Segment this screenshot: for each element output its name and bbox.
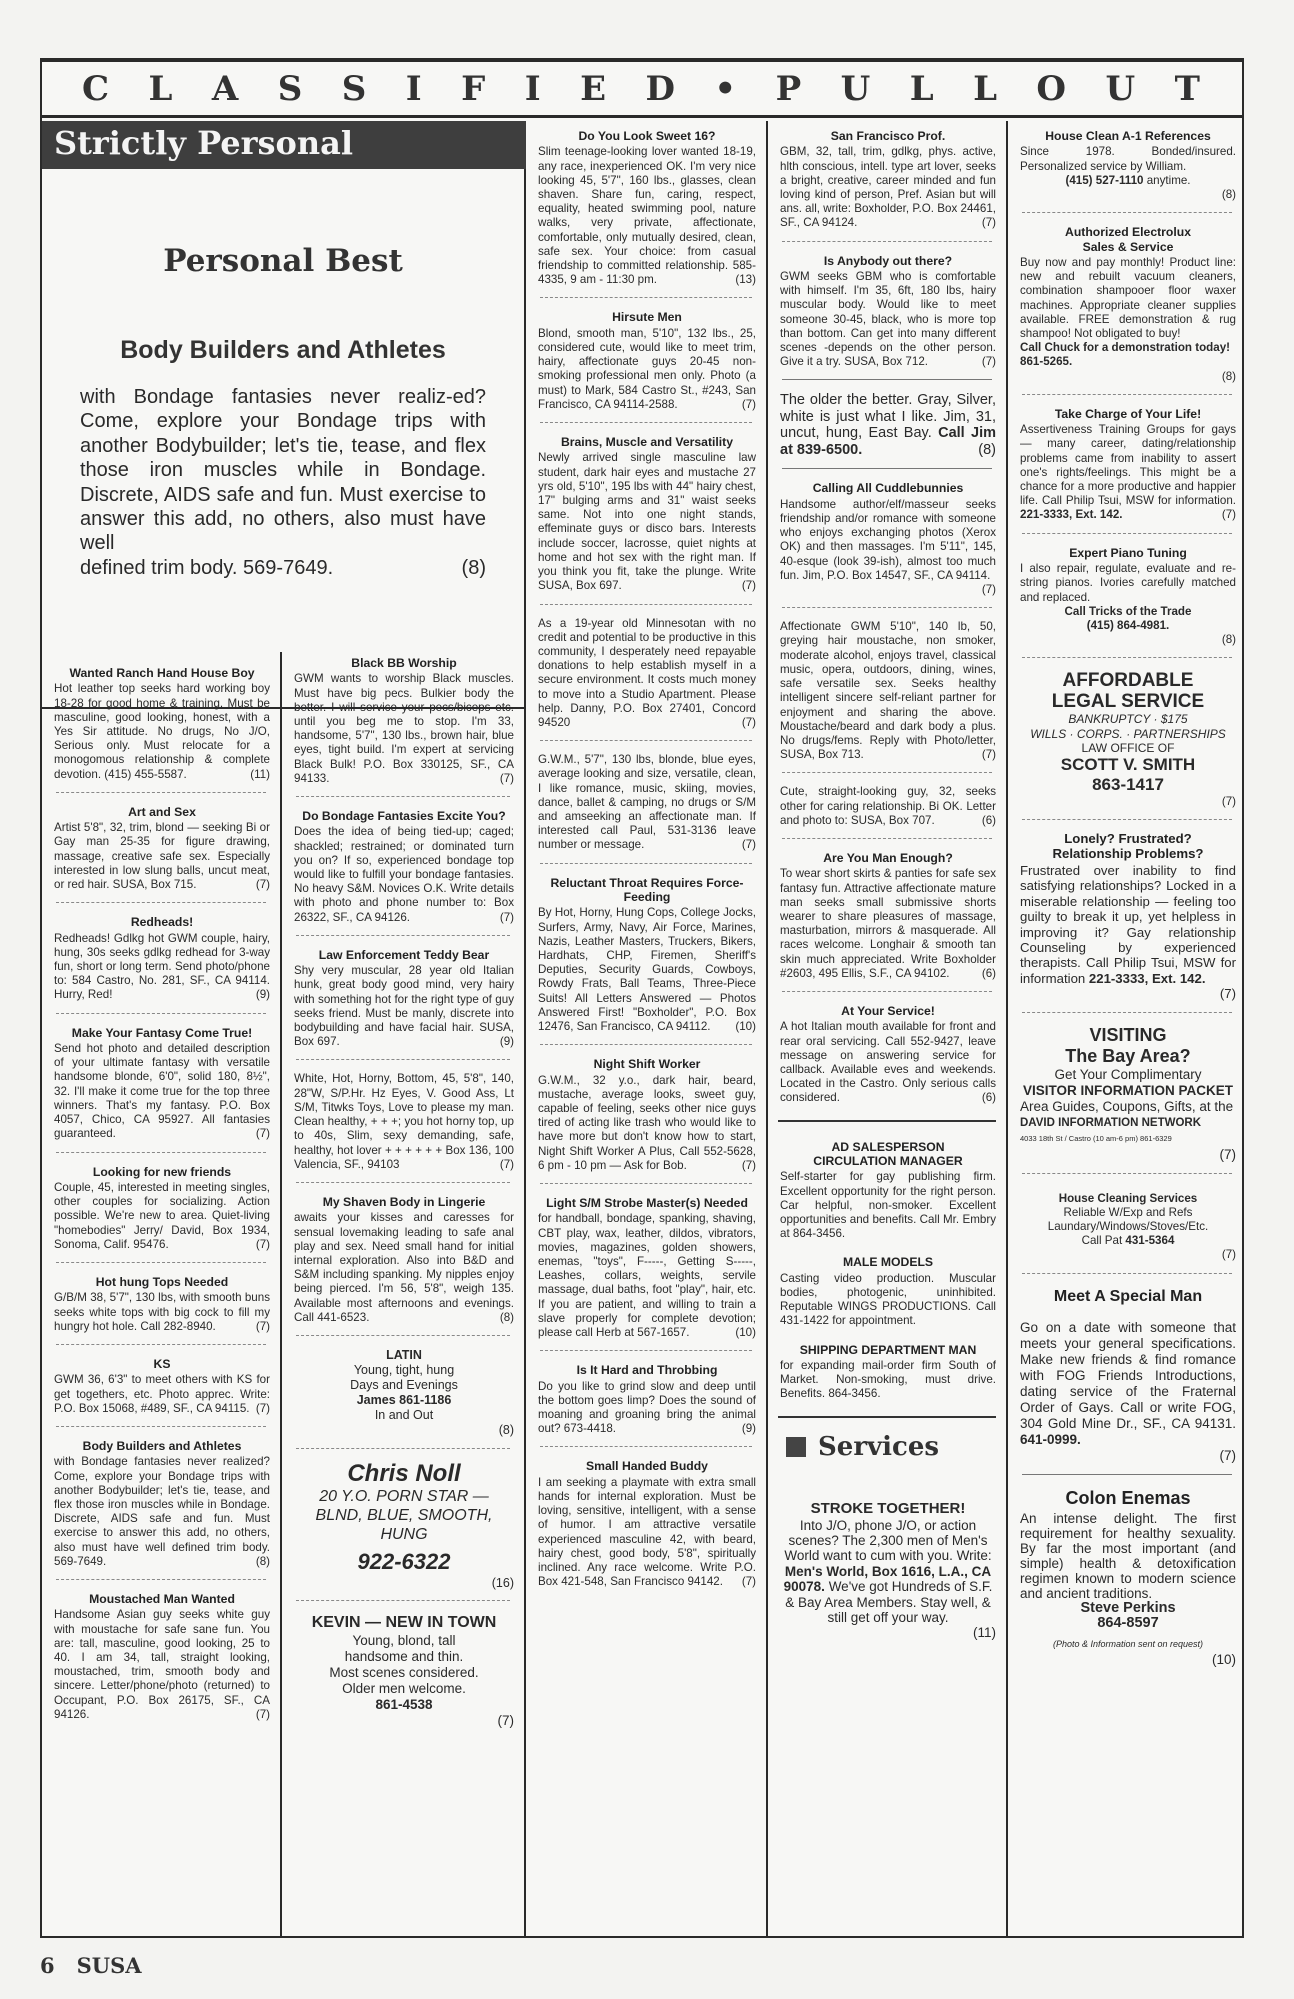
feature-phone: defined trim body. 569-7649. (80, 556, 333, 580)
masthead-letter: U (1106, 69, 1138, 109)
masthead-letter: L (910, 69, 936, 109)
classified-ad: At Your Service!A hot Italian mouth avai… (768, 1004, 1006, 1106)
ad-kevin: KEVIN — NEW IN TOWN Young, blond, tall h… (282, 1613, 524, 1729)
feature-count: (8) (462, 556, 486, 580)
masthead-letter: E (580, 69, 608, 109)
ad-body: Handsome Asian guy seeks white guy with … (54, 1608, 270, 1720)
classified-ad: G.W.M., 5'7", 130 lbs, blonde, blue eyes… (526, 753, 766, 852)
classified-ad: Hot hung Tops NeededG/B/M 38, 5'7", 130 … (42, 1275, 280, 1334)
chris-phone: 922-6322 (294, 1548, 514, 1576)
ad-stroke-together: STROKE TOGETHER! Into J/O, phone J/O, or… (768, 1500, 1006, 1641)
ad-title: Small Handed Buddy (538, 1459, 756, 1473)
ad-line-count: (6) (982, 967, 996, 981)
classified-ad: Calling All CuddlebunniesHandsome author… (768, 481, 1006, 597)
masthead-letter: F (461, 69, 487, 109)
classified-ad: KSGWM 36, 6'3" to meet others with KS fo… (42, 1357, 280, 1416)
classified-ad: My Shaven Body in Lingerieawaits your ki… (282, 1195, 524, 1325)
ad-body: As a 19-year old Minnesotan with no cred… (538, 617, 756, 729)
ad-title: My Shaven Body in Lingerie (294, 1195, 514, 1209)
classified-ad: Reluctant Throat Requires Force-FeedingB… (526, 876, 766, 1035)
ad-title: Are You Man Enough? (780, 851, 996, 865)
ad-electrolux: Authorized Electrolux Sales & Service Bu… (1008, 225, 1246, 384)
ad-title: Do You Look Sweet 16? (538, 129, 756, 143)
classified-ad: Make Your Fantasy Come True!Send hot pho… (42, 1026, 280, 1142)
ad-body: GWM seeks GBM who is comfortable with hi… (780, 270, 996, 368)
ad-body: G.W.M., 5'7", 130 lbs, blonde, blue eyes… (538, 753, 756, 851)
ad-line-count: (7) (982, 355, 996, 369)
ad-body: GBM, 32, tall, trim, gdlkg, phys. active… (780, 145, 996, 229)
ad-title: Is It Hard and Throbbing (538, 1363, 756, 1377)
ad-body: awaits your kisses and caresses for sens… (294, 1211, 514, 1323)
ad-line-count: (7) (500, 772, 514, 786)
ad-line-count: (13) (735, 273, 756, 287)
masthead-letter: S (342, 69, 369, 109)
job-ad: SHIPPING DEPARTMENT MANfor expanding mai… (768, 1343, 1006, 1402)
ad-line-count: (7) (742, 398, 756, 412)
publication-name: SUSA (77, 1953, 142, 1978)
ad-body: Cute, straight-looking guy, 32, seeks ot… (780, 785, 996, 826)
ad-line-count: (7) (982, 216, 996, 230)
ad-title: Looking for new friends (54, 1165, 270, 1179)
ad-line-count: (7) (256, 878, 270, 892)
classified-ad: Night Shift WorkerG.W.M., 32 y.o., dark … (526, 1057, 766, 1173)
ad-line-count: (7) (742, 579, 756, 593)
section-title: Strictly Personal (42, 121, 526, 169)
masthead-letter: S (278, 69, 305, 109)
ad-title: Make Your Fantasy Come True! (54, 1026, 270, 1040)
ad-line-count: (7) (742, 1575, 756, 1589)
ad-line-count: (7) (256, 1127, 270, 1141)
classified-ad: Light S/M Strobe Master(s) Neededfor han… (526, 1196, 766, 1340)
masthead-letter: D (645, 69, 676, 109)
classified-ad: Affectionate GWM 5'10", 140 lb, 50, grey… (768, 620, 1006, 762)
ad-body: Handsome author/elf/masseur seeks friend… (780, 498, 996, 582)
ad-line-count: (7) (256, 1320, 270, 1334)
ad-line-count: (6) (982, 1091, 996, 1105)
ad-colon-enemas: Colon Enemas An intense delight. The fir… (1008, 1487, 1246, 1667)
ad-body: Redheads! Gdlkg hot GWM couple, hairy, h… (54, 932, 270, 1002)
ad-body: Affectionate GWM 5'10", 140 lb, 50, grey… (780, 620, 996, 761)
ad-body: By Hot, Horny, Hung Cops, College Jocks,… (538, 906, 756, 1033)
column-4: San Francisco Prof.GBM, 32, tall, trim, … (768, 121, 1008, 1936)
ad-line-count: (7) (500, 911, 514, 925)
classified-ad: Looking for new friendsCouple, 45, inter… (42, 1165, 280, 1252)
ad-line-count: (7) (982, 748, 996, 762)
feature-subtitle: Body Builders and Athletes (42, 336, 524, 365)
ad-line-count: (7) (742, 716, 756, 730)
classified-page: CLASSIFIED•PULLOUT Strictly Personal Per… (40, 58, 1244, 1938)
masthead-letter: C (82, 69, 111, 109)
ad-take-charge: Take Charge of Your Life! Assertiveness … (1008, 407, 1246, 523)
masthead-letter: T (1175, 69, 1202, 109)
ad-body: Do you like to grind slow and deep until… (538, 1380, 756, 1436)
ad-body: GWM 36, 6'3" to meet others with KS for … (54, 1373, 270, 1414)
job-ad: AD SALESPERSON CIRCULATION MANAGERSelf-s… (768, 1140, 1006, 1242)
ad-body: To wear short skirts & panties for safe … (780, 867, 996, 979)
classified-ad: Brains, Muscle and VersatilityNewly arri… (526, 435, 766, 593)
square-bullet-icon (786, 1437, 806, 1457)
classified-ad: Are You Man Enough?To wear short skirts … (768, 851, 1006, 981)
ad-title: KS (54, 1357, 270, 1371)
column-2: Black BB WorshipGWM wants to worship Bla… (282, 652, 526, 1936)
masthead-bullet: • (714, 69, 738, 109)
ad-title: Body Builders and Athletes (54, 1439, 270, 1453)
masthead-letter: L (149, 69, 175, 109)
ad-line-count: (7) (982, 583, 996, 597)
ad-line-count: (7) (500, 1158, 514, 1172)
classified-ad: Hirsute MenBlond, smooth man, 5'10", 132… (526, 310, 766, 412)
ad-title: Hot hung Tops Needed (54, 1275, 270, 1289)
ad-line-count: (7) (742, 1159, 756, 1173)
ad-body: G/B/M 38, 5'7", 130 lbs, with smooth bun… (54, 1291, 270, 1332)
classified-ad: Do You Look Sweet 16?Slim teenage-lookin… (526, 129, 766, 287)
ad-line-count: (6) (982, 814, 996, 828)
ad-title: Brains, Muscle and Versatility (538, 435, 756, 449)
ad-line-count: (7) (256, 1402, 270, 1416)
ad-house-cleaning: House Cleaning Services Reliable W/Exp a… (1008, 1192, 1246, 1263)
ad-body: for handball, bondage, spanking, shaving… (538, 1212, 756, 1339)
ad-latin: LATIN Young, tight, hung Days and Evenin… (282, 1348, 524, 1438)
ad-line-count: (7) (742, 838, 756, 852)
ad-title: Night Shift Worker (538, 1057, 756, 1071)
feature-ad: Personal Best Body Builders and Athletes… (42, 169, 526, 709)
column-1: Wanted Ranch Hand House BoyHot leather t… (42, 652, 282, 1936)
masthead-letter: I (406, 69, 424, 109)
ad-visiting-bay-area: VISITING The Bay Area? Get Your Complime… (1008, 1025, 1246, 1163)
feature-title: Personal Best (42, 243, 524, 279)
ad-body: with Bondage fantasies never realized? C… (54, 1455, 270, 1567)
masthead-letter: A (212, 69, 240, 109)
ad-title: Is Anybody out there? (780, 254, 996, 268)
ad-title: Reluctant Throat Requires Force-Feeding (538, 876, 756, 905)
ad-title: Art and Sex (54, 805, 270, 819)
latin-phone: James 861-1186 (294, 1393, 514, 1408)
ad-title: Do Bondage Fantasies Excite You? (294, 809, 514, 823)
classified-ad: Do Bondage Fantasies Excite You?Does the… (282, 809, 524, 925)
ad-title: Wanted Ranch Hand House Boy (54, 666, 270, 680)
ad-piano-tuning: Expert Piano Tuning I also repair, regul… (1008, 546, 1246, 648)
ad-title: Light S/M Strobe Master(s) Needed (538, 1196, 756, 1210)
feature-body: with Bondage fantasies never realiz-ed? … (80, 385, 486, 580)
classified-ad: Redheads!Redheads! Gdlkg hot GWM couple,… (42, 915, 280, 1002)
page-footer: 6SUSA (40, 1953, 142, 1978)
ad-line-count: (9) (742, 1422, 756, 1436)
page-number: 6 (40, 1953, 55, 1978)
ad-body: Send hot photo and detailed description … (54, 1042, 270, 1140)
classified-ad: Wanted Ranch Hand House BoyHot leather t… (42, 666, 280, 782)
classified-ad: Is Anybody out there?GWM seeks GBM who i… (768, 254, 1006, 370)
ad-line-count: (9) (256, 988, 270, 1002)
classified-ad: Cute, straight-looking guy, 32, seeks ot… (768, 785, 1006, 828)
classified-ad: Art and SexArtist 5'8", 32, trim, blond … (42, 805, 280, 892)
ad-older-the-better: The older the better. Gray, Silver, whit… (768, 392, 1006, 458)
ad-body: GWM wants to worship Black muscles. Must… (294, 672, 514, 784)
masthead-letter: L (973, 69, 999, 109)
ad-title: At Your Service! (780, 1004, 996, 1018)
masthead-letter: O (1036, 69, 1068, 109)
column-3: Do You Look Sweet 16?Slim teenage-lookin… (526, 121, 768, 1936)
classified-ad: Black BB WorshipGWM wants to worship Bla… (282, 656, 524, 786)
job-ad: MALE MODELSCasting video production. Mus… (768, 1255, 1006, 1328)
ad-line-count: (9) (500, 1035, 514, 1049)
masthead-letter: P (776, 69, 804, 109)
ad-body: Couple, 45, interested in meeting single… (54, 1181, 270, 1251)
ad-title: Redheads! (54, 915, 270, 929)
ad-title: Calling All Cuddlebunnies (780, 481, 996, 495)
kevin-phone: 861-4538 (294, 1697, 514, 1713)
ad-line-count: (10) (735, 1326, 756, 1340)
column-5: House Clean A-1 References Since 1978. B… (1008, 121, 1246, 1936)
ad-body: Artist 5'8", 32, trim, blond — seeking B… (54, 821, 270, 891)
ad-body: I am seeking a playmate with extra small… (538, 1476, 756, 1588)
classified-ad: Is It Hard and ThrobbingDo you like to g… (526, 1363, 766, 1436)
classified-ad: White, Hot, Horny, Bottom, 45, 5'8", 140… (282, 1072, 524, 1171)
classified-ad: As a 19-year old Minnesotan with no cred… (526, 617, 766, 731)
classified-ad: Small Handed BuddyI am seeking a playmat… (526, 1459, 766, 1589)
ad-body: Slim teenage-looking lover wanted 18-19,… (538, 145, 756, 286)
ad-line-count: (8) (256, 1555, 270, 1569)
classified-ad: Body Builders and Athleteswith Bondage f… (42, 1439, 280, 1569)
ad-body: Hot leather top seeks hard working boy 1… (54, 682, 270, 780)
classified-ad: Moustached Man WantedHandsome Asian guy … (42, 1592, 280, 1722)
ad-line-count: (10) (735, 1020, 756, 1034)
ad-body: White, Hot, Horny, Bottom, 45, 5'8", 140… (294, 1072, 514, 1170)
masthead-letter: U (841, 69, 873, 109)
ad-line-count: (8) (500, 1311, 514, 1325)
ad-body: Newly arrived single masculine law stude… (538, 451, 756, 592)
ad-title: Moustached Man Wanted (54, 1592, 270, 1606)
masthead-letter: I (525, 69, 543, 109)
ad-title: Black BB Worship (294, 656, 514, 670)
ad-legal-service: AFFORDABLE LEGAL SERVICE BANKRUPTCY · $1… (1008, 670, 1246, 809)
ad-body: G.W.M., 32 y.o., dark hair, beard, musta… (538, 1074, 756, 1172)
ad-line-count: (7) (256, 1708, 270, 1722)
ad-body: A hot Italian mouth available for front … (780, 1020, 996, 1104)
ad-title: Law Enforcement Teddy Bear (294, 948, 514, 962)
ad-body: Blond, smooth man, 5'10", 132 lbs., 25, … (538, 327, 756, 411)
ad-line-count: (7) (256, 1238, 270, 1252)
ad-title: San Francisco Prof. (780, 129, 996, 143)
ad-title: Hirsute Men (538, 310, 756, 324)
masthead: CLASSIFIED•PULLOUT (42, 62, 1242, 118)
ad-body: Shy very muscular, 28 year old Italian h… (294, 964, 514, 1048)
classified-ad: Law Enforcement Teddy BearShy very muscu… (282, 948, 524, 1050)
services-header: Services (768, 1432, 1006, 1462)
ad-chris-noll: Chris Noll 20 Y.O. PORN STAR — BLND, BLU… (282, 1461, 524, 1590)
ad-body: Does the idea of being tied-up; caged; s… (294, 825, 514, 923)
ad-meet-special-man: Meet A Special Man Go on a date with som… (1008, 1286, 1246, 1464)
ad-lonely-frustrated: Lonely? Frustrated? Relationship Problem… (1008, 832, 1246, 1001)
ad-house-clean: House Clean A-1 References Since 1978. B… (1008, 129, 1246, 202)
ad-line-count: (11) (250, 768, 270, 782)
classified-ad: San Francisco Prof.GBM, 32, tall, trim, … (768, 129, 1006, 231)
